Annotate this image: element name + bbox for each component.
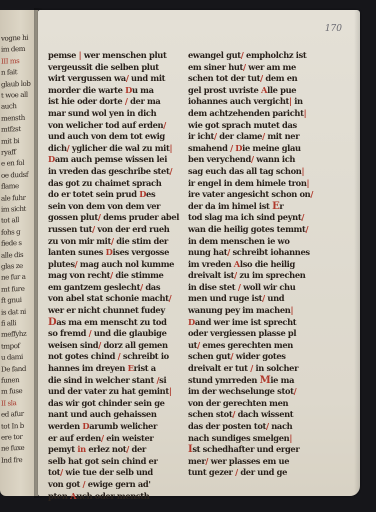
text-segment: die stim der (116, 236, 168, 246)
text-line: wirt vergussen wa/ und mit (48, 73, 196, 85)
text-line: morder die warte Du ma (48, 85, 196, 97)
text-line: oder vergiessen plasse pl (188, 328, 338, 340)
text-segment: smahend (188, 143, 230, 153)
text-line: tunt gezer / der und ge (188, 467, 338, 479)
text-line: von der gerechten men (188, 398, 338, 410)
text-segment: der (132, 444, 146, 454)
rubric-mark: / (305, 224, 308, 234)
text-segment: die sind in welcher stant (48, 375, 156, 385)
text-segment: er auf erden (48, 433, 101, 443)
text-segment: mag auch nol kumme (80, 259, 174, 269)
text-segment: schen gut (188, 351, 230, 361)
text-segment: rist a (134, 363, 156, 373)
text-segment: in vreden das geschribe stet (48, 166, 169, 176)
text-segment: ir engel in dem himele tron (188, 178, 307, 188)
text-line: er auf erden/ ein weister (48, 433, 196, 445)
text-line: schen gut/ wider gotes (188, 351, 338, 363)
text-line: vergeussit die selben plut (48, 62, 196, 74)
text-segment: wer plasses em ue (211, 456, 290, 466)
text-segment: ut (188, 340, 197, 350)
text-segment: schen stot (188, 409, 232, 419)
text-line: wer er nicht chunnet fudey (48, 305, 196, 317)
text-segment: as ma em menscht zu tod (56, 317, 166, 327)
text-line: russen tut/ von der erd rueh (48, 224, 196, 236)
text-segment: oder vergiessen plasse pl (188, 328, 296, 338)
rubric-mark: D (125, 85, 132, 95)
text-segment: morder die warte (48, 85, 125, 95)
text-segment: sag euch das all tag schon (188, 166, 301, 176)
text-line: von welicher tod auf erden/ (48, 120, 196, 132)
text-segment: zu im sprechen (239, 270, 305, 280)
text-segment: zu von mir mit (48, 236, 111, 246)
text-segment: vergeussit die selben plut (48, 62, 159, 72)
text-line: ben verychend/ wann ich (188, 154, 338, 166)
facing-text-line: III ms (1, 56, 38, 66)
text-line: der da im himel ist Er (188, 201, 338, 213)
text-segment: wirt vergussen wa (48, 73, 126, 83)
rubric-mark: / (310, 189, 313, 199)
text-line: schen tot der tut/ dem en (188, 73, 338, 85)
text-line: das got zu chaimet sprach (48, 178, 196, 190)
text-segment: dreivalt er tut (188, 363, 250, 373)
text-segment: ie meine glau (242, 143, 301, 153)
text-line: ire vater angesicht schon on/ (188, 189, 338, 201)
text-segment: pemyt (48, 444, 77, 454)
text-segment: sein von dem von dem ver (48, 201, 160, 211)
text-line: gel prost uvriste Alle pue (188, 85, 338, 97)
text-line: wie got sprach mutet das (188, 120, 338, 132)
text-segment: lle pue (267, 85, 296, 95)
rubric-mark: / (169, 166, 172, 176)
text-line: ewangel gut/ empholchz ist (188, 50, 338, 62)
facing-text-line: im dem (1, 45, 38, 55)
rubric-mark: / (294, 386, 297, 396)
text-line: in dise stet / woll wir chu (188, 282, 338, 294)
facing-text-line: m fuse (1, 387, 38, 397)
text-segment: iohannes auch vergicht (188, 96, 289, 106)
text-line: iohannes auch vergicht| in (188, 96, 338, 108)
text-segment: emes gerechten men (202, 340, 293, 350)
text-segment: das wir got chinder sein ge (48, 398, 165, 408)
facing-text-line: meffyhz (1, 330, 38, 340)
text-line: lanten sunes Dises vergosse (48, 247, 196, 259)
facing-text-line: ale fuhr (1, 193, 38, 203)
text-segment: wer am me (248, 62, 296, 72)
text-segment: am auch pemse wissen lei (55, 154, 167, 164)
text-line: dich/ yglicher die wal zu mit| (48, 143, 196, 155)
facing-text-line: ne fuxe (1, 444, 38, 454)
text-line: wan die heilig gotes temmt/ (188, 224, 338, 236)
rubric-mark: D (48, 154, 55, 164)
text-segment: und mit (131, 73, 165, 83)
text-segment: mer (188, 456, 205, 466)
text-line: schen stot/ dach wissent (188, 409, 338, 421)
text-segment: tod slag ma ich sind peynt (188, 212, 301, 222)
text-line: von abel stat schonie macht/ (48, 293, 196, 305)
facing-text-line: II sla (1, 398, 38, 408)
text-segment: schreibt iohannes (232, 247, 309, 257)
text-segment: yglicher die wal zu mit (72, 143, 170, 153)
text-segment: ben verychend (188, 154, 251, 164)
text-segment: dach wissent (238, 409, 294, 419)
text-segment: in dise stet (188, 282, 238, 292)
facing-text-line: glaub lob (1, 79, 38, 89)
text-line: von got / ewige gern ad' (48, 479, 196, 491)
facing-text-line: alle dis (1, 250, 38, 260)
text-segment: in dem menschen ie wo (188, 236, 290, 246)
text-segment: von der erd rueh (97, 224, 169, 234)
text-line: hannes im dreyen Erist a (48, 363, 196, 375)
text-segment: wie tue der selb und (65, 467, 153, 477)
text-segment: uch oder mensth (76, 491, 149, 501)
text-segment: und der vater zu hat gemint (48, 386, 169, 396)
text-line: wanung pey im machen| (188, 305, 338, 317)
text-segment: do er totet sein prud (48, 189, 139, 199)
text-segment: pemse (48, 50, 79, 60)
text-segment: em siner hut (188, 62, 243, 72)
text-segment: die stimme (115, 270, 163, 280)
facing-text-line: is dat ni (1, 307, 38, 317)
text-segment: und die glaubige (94, 328, 167, 338)
text-segment: der und ge (240, 467, 287, 477)
text-segment: arumb welicher (89, 421, 157, 431)
text-segment: von der gerechten men (188, 398, 288, 408)
facing-page-edge: vogne hiim demIII msn faitglaub lobt woe… (0, 10, 38, 496)
facing-text-line: mtfzst (1, 124, 38, 134)
text-segment: nach (271, 421, 292, 431)
text-line: dreivalt ist/ zu im sprechen (188, 270, 338, 282)
text-segment: dem en (265, 73, 297, 83)
text-segment: in solcher (255, 363, 298, 373)
facing-text-line: oe dudsf (1, 170, 38, 180)
facing-text-line: fiede s (1, 238, 38, 248)
page-edge-shadow (354, 10, 360, 496)
text-line: dreivalt er tut / in solcher (188, 363, 338, 375)
text-line: werden Darumb welicher (48, 421, 196, 433)
text-segment: der da im himel ist (188, 201, 272, 211)
facing-text-line: mt fure (1, 284, 38, 294)
text-line: nung hat/ schreibt iohannes (188, 247, 338, 259)
text-line: plutes/ mag auch nol kumme (48, 259, 196, 271)
text-line: men und ruge ist/ und (188, 293, 338, 305)
facing-text-line: mensth (1, 113, 38, 123)
text-segment: und auch von dem tot ewig (48, 131, 165, 141)
text-segment: dem achtzehenden paricht (188, 108, 304, 118)
text-segment: not gotes chind (48, 351, 118, 361)
text-segment: dems pruder abel (103, 212, 179, 222)
text-segment: wann ich (256, 154, 295, 164)
text-line: mar sund wol yen in dich (48, 108, 196, 120)
text-segment: tot (48, 467, 60, 477)
facing-text-line: ryaff (1, 147, 38, 157)
text-line: mag von recht/ die stimme (48, 270, 196, 282)
text-column-right: ewangel gut/ empholchz istem siner hut/ … (188, 50, 338, 479)
text-line: in dem menschen ie wo (188, 236, 338, 248)
text-segment: ist hie oder dorte (48, 96, 125, 106)
text-segment: das der posten tot (188, 421, 266, 431)
rubric-mark: / (169, 293, 172, 303)
text-line: tot/ wie tue der selb und (48, 467, 196, 479)
text-segment: si (159, 375, 166, 385)
rubric-mark: M (260, 375, 271, 386)
text-segment: dreivalt ist (188, 270, 234, 280)
text-line: sag euch das all tag schon| (188, 166, 338, 178)
facing-text-line: ne fur a (1, 273, 38, 283)
facing-text-line: ere tor (1, 432, 38, 442)
text-segment: in (294, 96, 302, 106)
text-line: in vreden das geschribe stet/ (48, 166, 196, 178)
text-segment: gel prost uvriste (188, 85, 261, 95)
text-line: selb hat got sein chind er (48, 456, 196, 468)
text-line: nant und auch gehaissen (48, 409, 196, 421)
text-segment: wer menschen plut (84, 50, 167, 60)
text-line: Das ma em menscht zu tod (48, 317, 196, 329)
text-segment: ewangel gut (188, 50, 241, 60)
facing-text-line: tot all (1, 216, 38, 226)
text-segment: wie got sprach mutet das (188, 120, 297, 130)
facing-text-line: funen (1, 375, 38, 385)
rubric-mark: | (289, 433, 292, 443)
text-line: zu von mir mit/ die stim der (48, 236, 196, 248)
text-segment: dorz all gemen (103, 340, 167, 350)
facing-text-line: flame (1, 181, 38, 191)
rubric-mark: in (77, 444, 88, 454)
text-segment: ewige gern ad' (88, 479, 151, 489)
rubric-mark: / (163, 120, 166, 130)
text-line: gossen plut/ dems pruder abel (48, 212, 196, 224)
text-line: ist hie oder dorte / der ma (48, 96, 196, 108)
text-line: Dand wer ime ist sprecht (188, 317, 338, 329)
text-line: dem achtzehenden paricht| (188, 108, 338, 120)
text-segment: wanung pey im machen (188, 305, 290, 315)
text-segment: von got (48, 479, 83, 489)
text-segment: schen tot der tut (188, 73, 260, 83)
text-line: das wir got chinder sein ge (48, 398, 196, 410)
text-segment: ire vater angesicht schon on (188, 189, 310, 199)
rubric-mark: | (307, 178, 310, 188)
rubric-mark: | (169, 143, 172, 153)
facing-text-line: mit bi (1, 136, 38, 146)
text-segment: empholchz ist (246, 50, 306, 60)
text-segment: mag von recht (48, 270, 110, 280)
text-segment: men und ruge ist (188, 293, 262, 303)
text-segment: von abel stat schonie macht (48, 293, 169, 303)
facing-text-line: u dami (1, 352, 38, 362)
facing-text-line: t woe all (1, 90, 38, 100)
text-segment: es (146, 189, 155, 199)
facing-text-line: Ind fre (1, 455, 38, 465)
facing-text-line: ed afur (1, 409, 38, 419)
text-line: das der posten tot/ nach (188, 421, 338, 433)
text-line: und der vater zu hat gemint| (48, 386, 196, 398)
facing-text-line: glas ze (1, 261, 38, 271)
text-segment: mit ner (267, 131, 299, 141)
text-segment: st schedhafter und erger (192, 444, 299, 454)
facing-text-line: e en fol (1, 159, 38, 169)
text-line: und auch von dem tot ewig (48, 131, 196, 143)
text-segment: das (145, 282, 160, 292)
text-segment: mar sund wol yen in dich (48, 108, 156, 118)
text-line: ut/ emes gerechten men (188, 340, 338, 352)
text-segment: ir icht (188, 131, 214, 141)
text-segment: russen tut (48, 224, 92, 234)
text-segment: von welicher tod auf erden (48, 120, 163, 130)
text-segment: r (279, 201, 283, 211)
text-line: stund ymrreden Mie ma (188, 375, 338, 387)
text-segment: gossen plut (48, 212, 98, 222)
text-segment: selb hat got sein chind er (48, 456, 158, 466)
folio-number: 170 (325, 24, 342, 34)
facing-text-line: n fait (1, 67, 38, 77)
facing-text-line: im sicht (1, 204, 38, 214)
text-line: so fremd / und die glaubige (48, 328, 196, 340)
text-segment: nach sundiges smelgen (188, 433, 289, 443)
rubric-mark: | (290, 305, 293, 315)
text-line: smahend / Die meine glau (188, 143, 338, 155)
text-segment: im der wechselunge stot (188, 386, 294, 396)
text-line: mer/ wer plasses em ue (188, 456, 338, 468)
text-line: em siner hut/ wer am me (188, 62, 338, 74)
text-line: pemyt in erlez not/ der (48, 444, 196, 456)
text-segment: der ma (130, 96, 160, 106)
text-segment: wer er nicht chunnet fudey (48, 305, 165, 315)
facing-text-line: fohs g (1, 227, 38, 237)
text-line: sein von dem von dem ver (48, 201, 196, 213)
text-segment: u ma (132, 85, 154, 95)
facing-text-line: vogne hi (1, 33, 38, 43)
rubric-mark: | (301, 166, 304, 176)
text-line: im vreden Also die heilig (188, 259, 338, 271)
text-line: tod slag ma ich sind peynt/ (188, 212, 338, 224)
text-line: pemse | wer menschen plut (48, 50, 196, 62)
text-segment: wan die heilig gotes temmt (188, 224, 305, 234)
text-segment: weisen sind (48, 340, 98, 350)
text-segment: ie ma (270, 375, 294, 385)
text-segment: and wer ime ist sprecht (195, 317, 296, 327)
manuscript-page: 170 pemse | wer menschen plutvergeussit … (38, 10, 360, 496)
rubric-mark: | (169, 386, 172, 396)
text-segment: nung hat (188, 247, 227, 257)
facing-text-line: De fand (1, 364, 38, 374)
text-segment: wider gotes (236, 351, 286, 361)
text-line: ir icht/ der clame/ mit ner (188, 131, 338, 143)
rubric-mark: | (304, 108, 307, 118)
text-segment: ises vergosse (112, 247, 169, 257)
text-segment: pten (48, 491, 70, 501)
text-line: im der wechselunge stot/ (188, 386, 338, 398)
text-segment: em gantzem geslecht (48, 282, 140, 292)
text-line: Dam auch pemse wissen lei (48, 154, 196, 166)
text-segment: stund ymrreden (188, 375, 260, 385)
text-segment: lso die heilig (240, 259, 295, 269)
text-segment: dich (48, 143, 67, 153)
text-segment: lanten sunes (48, 247, 106, 257)
facing-text-line: fi alli (1, 318, 38, 328)
text-line: ir engel in dem himele tron| (188, 178, 338, 190)
text-segment: erlez not (88, 444, 126, 454)
text-segment: das got zu chaimet sprach (48, 178, 161, 188)
facing-text-line: tot In b (1, 421, 38, 431)
text-line: not gotes chind / schreibt io (48, 351, 196, 363)
text-segment: tunt gezer (188, 467, 235, 477)
text-line: nach sundiges smelgen| (188, 433, 338, 445)
facing-text-line: auch (1, 102, 38, 112)
text-segment: schreibt io (123, 351, 169, 361)
facing-text-line: tmpof (1, 341, 38, 351)
text-segment: und (267, 293, 284, 303)
text-line: em gantzem geslecht/ das (48, 282, 196, 294)
text-line: Ist schedhafter und erger (188, 444, 338, 456)
text-segment: nant und auch gehaissen (48, 409, 157, 419)
text-line: die sind in welcher stant /si (48, 375, 196, 387)
text-line: pten Auch oder mensth (48, 491, 196, 503)
facing-text-line: ft gnui (1, 295, 38, 305)
manuscript-photo: vogne hiim demIII msn faitglaub lobt woe… (0, 0, 376, 512)
text-segment: hannes im dreyen (48, 363, 128, 373)
rubric-mark: / (301, 212, 304, 222)
text-segment: werden (48, 421, 82, 431)
text-column-left: pemse | wer menschen plutvergeussit die … (48, 50, 196, 502)
text-segment: plutes (48, 259, 75, 269)
text-segment: so fremd (48, 328, 89, 338)
rubric-mark: D (188, 317, 195, 327)
text-segment: ein weister (106, 433, 153, 443)
text-segment: woll wir chu (243, 282, 295, 292)
text-segment: der clame (219, 131, 262, 141)
text-segment: im vreden (188, 259, 234, 269)
text-line: weisen sind/ dorz all gemen (48, 340, 196, 352)
text-line: do er totet sein prud Des (48, 189, 196, 201)
